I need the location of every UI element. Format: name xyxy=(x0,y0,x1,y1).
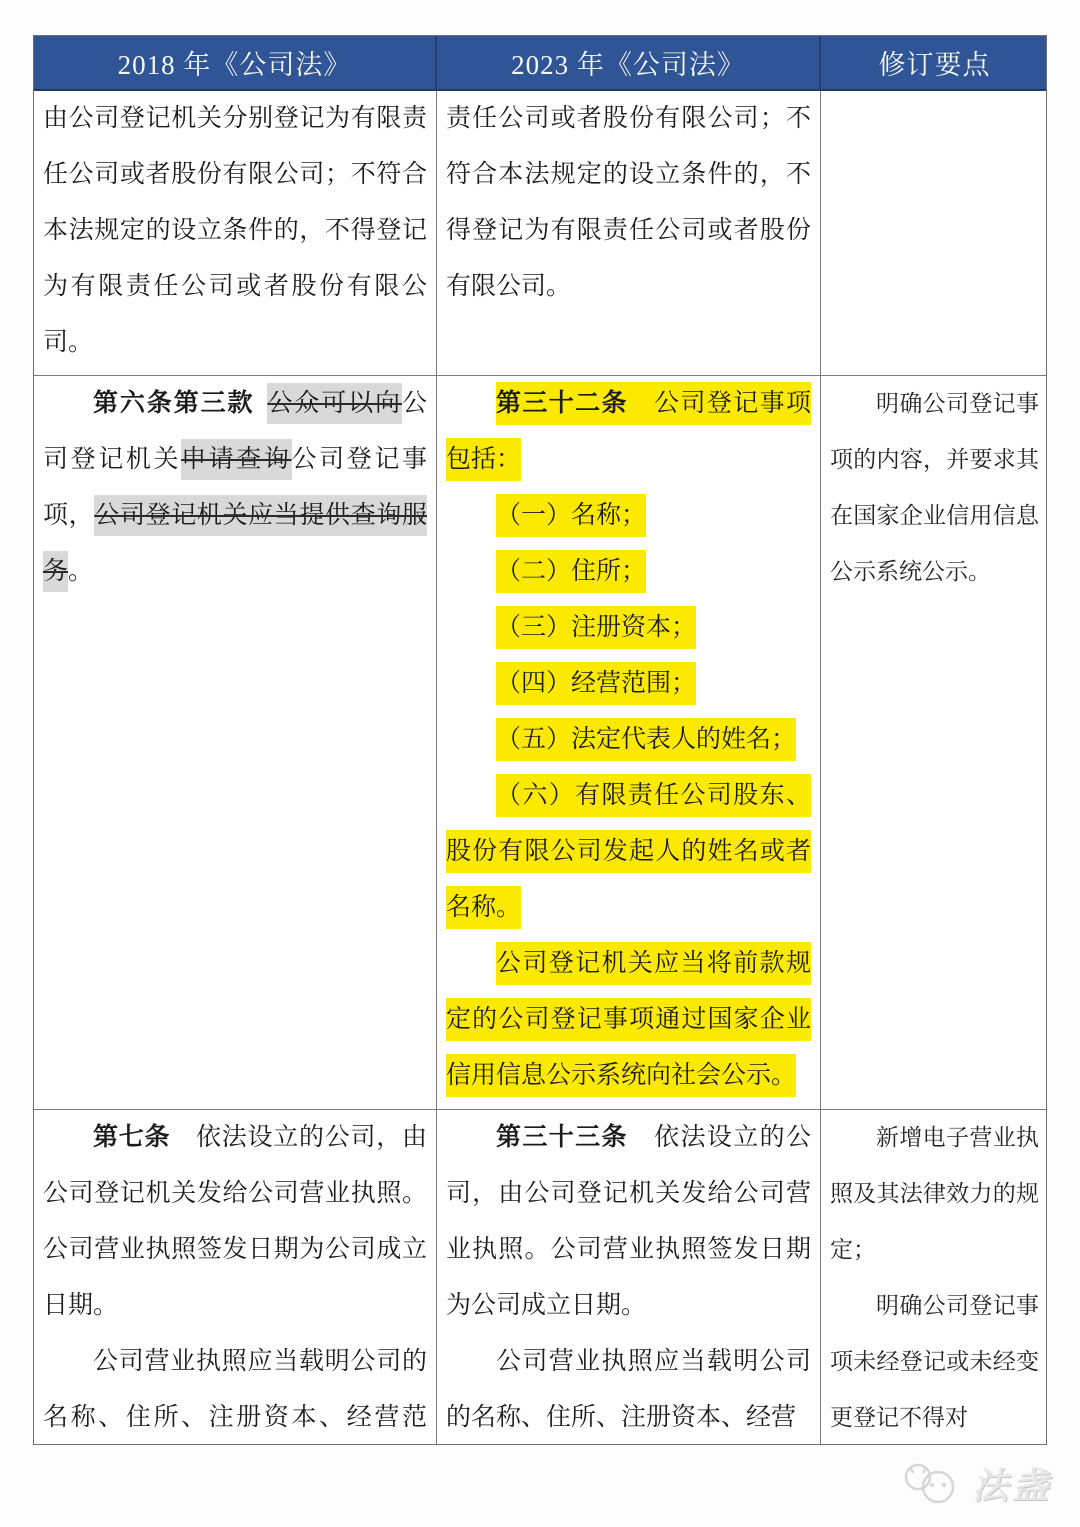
highlighted-text: （一）名称； xyxy=(496,494,646,537)
list-item: （三）注册资本； xyxy=(446,600,811,656)
list-item: （六）有限责任公司股东、股份有限公司发起人的姓名或者名称。 xyxy=(446,768,811,936)
deleted-text: 申请查询 xyxy=(181,439,291,480)
watermark-text: 法盏 xyxy=(972,1458,1052,1509)
list-item: （四）经营范围； xyxy=(446,656,811,712)
header-cell-revision-points: 修订要点 xyxy=(821,36,1047,91)
body-text: 依法设立的公司，由公司登记机关发给公司营业执照。公司营业执照签发日期为公司成立日… xyxy=(446,1124,811,1319)
body-text: 公司营业执照应当载明公司的名称、住所、注册资本、经营 xyxy=(446,1348,811,1431)
cell-r1-revision xyxy=(821,91,1047,376)
paragraph: 新增电子营业执照及其法律效力的规定； xyxy=(830,1110,1039,1278)
paragraph: 责任公司或者股份有限公司；不符合本法规定的设立条件的，不得登记为有限责任公司或者… xyxy=(446,91,811,315)
cell-r3-revision: 新增电子营业执照及其法律效力的规定； 明确公司登记事项未经登记或未经变更登记不得… xyxy=(821,1110,1047,1444)
cell-r3-2018: 第七条 依法设立的公司，由公司登记机关发给公司营业执照。公司营业执照签发日期为公… xyxy=(34,1110,437,1444)
highlighted-text: （三）注册资本； xyxy=(496,606,696,649)
header-cell-2018-law: 2018 年《公司法》 xyxy=(34,36,437,91)
cell-r3-2023: 第三十三条 依法设立的公司，由公司登记机关发给公司营业执照。公司营业执照签发日期… xyxy=(437,1110,821,1444)
article-number: 第六条第三款 xyxy=(93,390,254,417)
highlighted-text: 公司登记机关应当将前款规定的公司登记事项通过国家企业信用信息公示系统向社会公示。 xyxy=(446,942,811,1097)
article-number: 第三十三条 xyxy=(496,1124,628,1151)
cell-r1-2018: 由公司登记机关分别登记为有限责任公司或者股份有限公司；不符合本法规定的设立条件的… xyxy=(34,91,437,376)
paragraph: 公司登记机关应当将前款规定的公司登记事项通过国家企业信用信息公示系统向社会公示。 xyxy=(446,936,811,1104)
body-text: 责任公司或者股份有限公司；不符合本法规定的设立条件的，不得登记为有限责任公司或者… xyxy=(446,105,811,300)
cell-r2-2023: 第三十二条 公司登记事项包括： （一）名称； （二）住所； （三）注册资本； （… xyxy=(437,376,821,1110)
comparison-table: 2018 年《公司法》 2023 年《公司法》 修订要点 由公司登记机关分别登记… xyxy=(33,35,1047,1445)
cell-r2-revision: 明确公司登记事项的内容，并要求其在国家企业信用信息公示系统公示。 xyxy=(821,376,1047,1110)
watermark: 法盏 xyxy=(900,1458,1052,1509)
body-text: 公司营业执照应当载明公司的名称、住所、注册资本、经营范围、 xyxy=(43,1348,427,1444)
revision-note: 明确公司登记事项的内容，并要求其在国家企业信用信息公示系统公示。 xyxy=(830,391,1039,584)
body-text: 。 xyxy=(68,558,93,585)
article-number: 第七条 xyxy=(93,1124,170,1151)
paragraph: 第六条第三款公众可以向公司登记机关申请查询公司登记事项，公司登记机关应当提供查询… xyxy=(43,376,427,600)
revision-note: 新增电子营业执照及其法律效力的规定； xyxy=(830,1125,1039,1262)
deleted-text: 公众可以向 xyxy=(267,383,402,424)
body-text: 依法设立的公司，由公司登记机关发给公司营业执照。公司营业执照签发日期为公司成立日… xyxy=(43,1124,427,1319)
deleted-text: 公司登记机关应当提供查询服务 xyxy=(43,495,427,592)
paragraph: 第三十三条 依法设立的公司，由公司登记机关发给公司营业执照。公司营业执照签发日期… xyxy=(446,1110,811,1334)
cell-r1-2023: 责任公司或者股份有限公司；不符合本法规定的设立条件的，不得登记为有限责任公司或者… xyxy=(437,91,821,376)
paragraph: 公司营业执照应当载明公司的名称、住所、注册资本、经营 xyxy=(446,1334,811,1444)
watermark-logo-icon xyxy=(900,1461,964,1507)
highlighted-text: （五）法定代表人的姓名； xyxy=(496,718,796,761)
highlighted-text: （六）有限责任公司股东、股份有限公司发起人的姓名或者名称。 xyxy=(446,774,811,929)
paragraph: 明确公司登记事项的内容，并要求其在国家企业信用信息公示系统公示。 xyxy=(830,376,1039,600)
paragraph: 由公司登记机关分别登记为有限责任公司或者股份有限公司；不符合本法规定的设立条件的… xyxy=(43,91,427,371)
paragraph: 公司营业执照应当载明公司的名称、住所、注册资本、经营范围、 xyxy=(43,1334,427,1444)
cell-r2-2018: 第六条第三款公众可以向公司登记机关申请查询公司登记事项，公司登记机关应当提供查询… xyxy=(34,376,437,1110)
highlighted-text: （四）经营范围； xyxy=(496,662,696,705)
list-item: （五）法定代表人的姓名； xyxy=(446,712,811,768)
article-number: 第三十二条 xyxy=(496,382,628,425)
paragraph: 明确公司登记事项未经登记或未经变更登记不得对 xyxy=(830,1278,1039,1444)
page: 2018 年《公司法》 2023 年《公司法》 修订要点 由公司登记机关分别登记… xyxy=(0,0,1080,1527)
paragraph: 第七条 依法设立的公司，由公司登记机关发给公司营业执照。公司营业执照签发日期为公… xyxy=(43,1110,427,1334)
highlighted-text: （二）住所； xyxy=(496,550,646,593)
paragraph: 第三十二条 公司登记事项包括： xyxy=(446,376,811,488)
header-cell-2023-law: 2023 年《公司法》 xyxy=(437,36,821,91)
revision-note: 明确公司登记事项未经登记或未经变更登记不得对 xyxy=(830,1293,1039,1430)
list-item: （二）住所； xyxy=(446,544,811,600)
body-text: 由公司登记机关分别登记为有限责任公司或者股份有限公司；不符合本法规定的设立条件的… xyxy=(43,105,427,356)
list-item: （一）名称； xyxy=(446,488,811,544)
